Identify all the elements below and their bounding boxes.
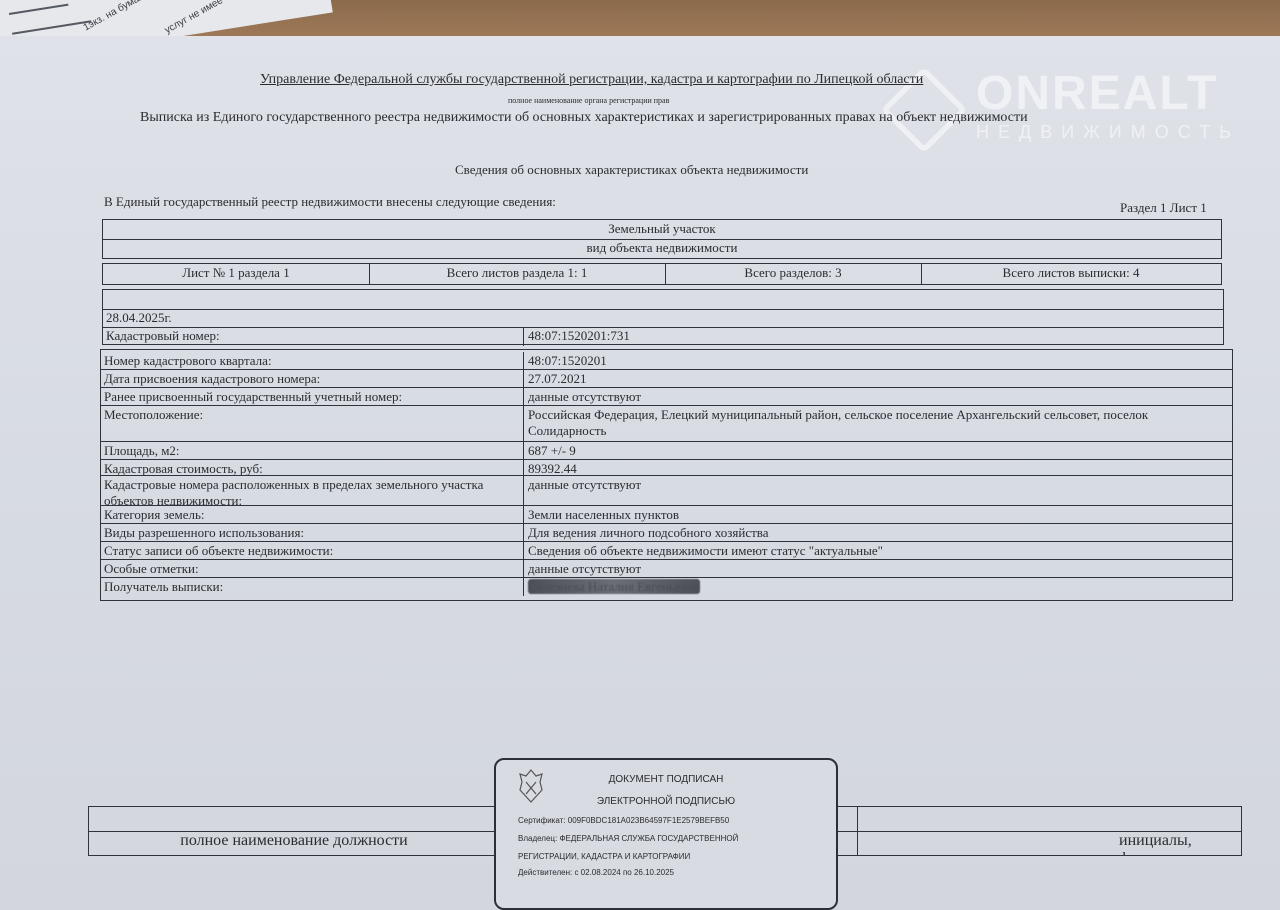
electronic-signature-stamp: ДОКУМЕНТ ПОДПИСАН ЭЛЕКТРОННОЙ ПОДПИСЬЮ С…	[494, 758, 838, 910]
sheet-reference: Раздел 1 Лист 1	[1120, 200, 1207, 216]
detail-label: Кадастровые номера расположенных в преде…	[101, 476, 523, 505]
background-text: услуг не имее	[163, 0, 225, 36]
divider	[523, 388, 524, 405]
detail-label: Виды разрешенного использования:	[101, 524, 523, 541]
divider	[9, 4, 69, 15]
cadastral-number-label: Кадастровый номер:	[103, 327, 523, 346]
sheet-info-table: Лист № 1 раздела 1 Всего листов раздела …	[102, 263, 1222, 285]
detail-label: Номер кадастрового квартала:	[101, 352, 523, 369]
detail-label: Площадь, м2:	[101, 442, 523, 459]
detail-value: данные отсутствуют	[525, 388, 1232, 405]
background-text: 1экз. на бумаж	[82, 0, 147, 33]
detail-value: Сведения об объекте недвижимости имеют с…	[525, 542, 1232, 559]
detail-value: Селезнева Наталия Евгеньевна	[525, 578, 1232, 596]
section-sheets-total: Всего листов раздела 1: 1	[369, 264, 665, 284]
detail-value: Российская Федерация, Елецкий муниципаль…	[525, 406, 1232, 441]
object-type-label-row: вид объекта недвижимости	[103, 239, 1221, 259]
extract-sheets-total: Всего листов выписки: 4	[921, 264, 1221, 284]
detail-value: 687 +/- 9	[525, 442, 1232, 459]
detail-label: Ранее присвоенный государственный учетны…	[101, 388, 523, 405]
object-type-table: Земельный участок вид объекта недвижимос…	[102, 219, 1222, 259]
divider	[523, 327, 524, 346]
detail-value: 27.07.2021	[525, 370, 1232, 387]
detail-label: Получатель выписки:	[101, 578, 523, 596]
redacted-recipient-name: Селезнева Наталия Евгеньевна	[528, 579, 700, 594]
date-row	[103, 290, 1223, 310]
divider	[857, 807, 858, 855]
detail-value: 48:07:1520201	[525, 352, 1232, 369]
intro-text: В Единый государственный реестр недвижим…	[104, 194, 556, 210]
stamp-owner: Владелец: ФЕДЕРАЛЬНАЯ СЛУЖБА ГОСУДАРСТВЕ…	[518, 834, 738, 843]
detail-row: Площадь, м2:687 +/- 9	[101, 442, 1232, 460]
detail-value: Для ведения личного подсобного хозяйства	[525, 524, 1232, 541]
detail-value: Земли населенных пунктов	[525, 506, 1232, 523]
stamp-certificate: Сертификат: 009F0BDC181A023B64597F1E2579…	[518, 816, 729, 825]
divider	[523, 560, 524, 577]
divider	[523, 406, 524, 441]
agency-name: Управление Федеральной службы государств…	[260, 72, 923, 88]
detail-row: Виды разрешенного использования:Для веде…	[101, 524, 1232, 542]
divider	[523, 524, 524, 541]
divider	[523, 542, 524, 559]
detail-label: Дата присвоения кадастрового номера:	[101, 370, 523, 387]
divider	[12, 20, 91, 34]
object-type: Земельный участок	[103, 220, 1221, 239]
divider	[523, 352, 524, 369]
detail-row: Статус записи об объекте недвижимости:Св…	[101, 542, 1232, 560]
divider	[523, 506, 524, 523]
stamp-title: ДОКУМЕНТ ПОДПИСАН	[496, 774, 836, 785]
details-table: Номер кадастрового квартала:48:07:152020…	[100, 349, 1233, 601]
sections-total: Всего разделов: 3	[665, 264, 921, 284]
detail-label: Статус записи об объекте недвижимости:	[101, 542, 523, 559]
detail-row: Категория земель:Земли населенных пункто…	[101, 506, 1232, 524]
detail-row: Номер кадастрового квартала:48:07:152020…	[101, 352, 1232, 370]
detail-row: Кадастровые номера расположенных в преде…	[101, 476, 1232, 506]
agency-note: полное наименование органа регистрации п…	[508, 96, 669, 105]
section-title: Сведения об основных характеристиках объ…	[455, 162, 808, 178]
detail-label: Категория земель:	[101, 506, 523, 523]
detail-value: данные отсутствуют	[525, 560, 1232, 577]
detail-value: 89392.44	[525, 460, 1232, 475]
divider	[523, 442, 524, 459]
cadastral-number-value: 48:07:1520201:731	[525, 327, 1223, 346]
sheet-number: Лист № 1 раздела 1	[103, 264, 369, 284]
object-type-label: вид объекта недвижимости	[103, 239, 1221, 259]
name-label: инициалы, фамилия	[859, 831, 1241, 855]
detail-row: Кадастровая стоимость, руб:89392.44	[101, 460, 1232, 476]
object-type-row: Земельный участок	[103, 220, 1221, 240]
cadastral-number-row: Кадастровый номер: 48:07:1520201:731	[103, 327, 1223, 346]
stamp-validity: Действителен: с 02.08.2024 по 26.10.2025	[518, 868, 674, 877]
detail-value: данные отсутствуют	[525, 476, 1232, 505]
detail-label: Особые отметки:	[101, 560, 523, 577]
detail-row: Местоположение:Российская Федерация, Еле…	[101, 406, 1232, 442]
extract-date: 28.04.2025г.	[103, 309, 175, 327]
detail-row: Ранее присвоенный государственный учетны…	[101, 388, 1232, 406]
divider	[523, 578, 524, 596]
divider	[523, 370, 524, 387]
stamp-owner-cont: РЕГИСТРАЦИИ, КАДАСТРА И КАРТОГРАФИИ	[518, 852, 690, 861]
detail-row: Дата присвоения кадастрового номера:27.0…	[101, 370, 1232, 388]
cadastral-number-table: 28.04.2025г. Кадастровый номер: 48:07:15…	[102, 289, 1224, 345]
stamp-subtitle: ЭЛЕКТРОННОЙ ПОДПИСЬЮ	[496, 796, 836, 807]
detail-label: Местоположение:	[101, 406, 523, 441]
date-row: 28.04.2025г.	[103, 309, 1223, 328]
detail-row: Получатель выписки:Селезнева Наталия Евг…	[101, 578, 1232, 596]
divider	[523, 460, 524, 475]
extract-title: Выписка из Единого государственного реес…	[140, 110, 1028, 126]
detail-label: Кадастровая стоимость, руб:	[101, 460, 523, 475]
detail-row: Особые отметки:данные отсутствуют	[101, 560, 1232, 578]
position-label: полное наименование должности	[89, 831, 499, 855]
divider	[523, 476, 524, 505]
